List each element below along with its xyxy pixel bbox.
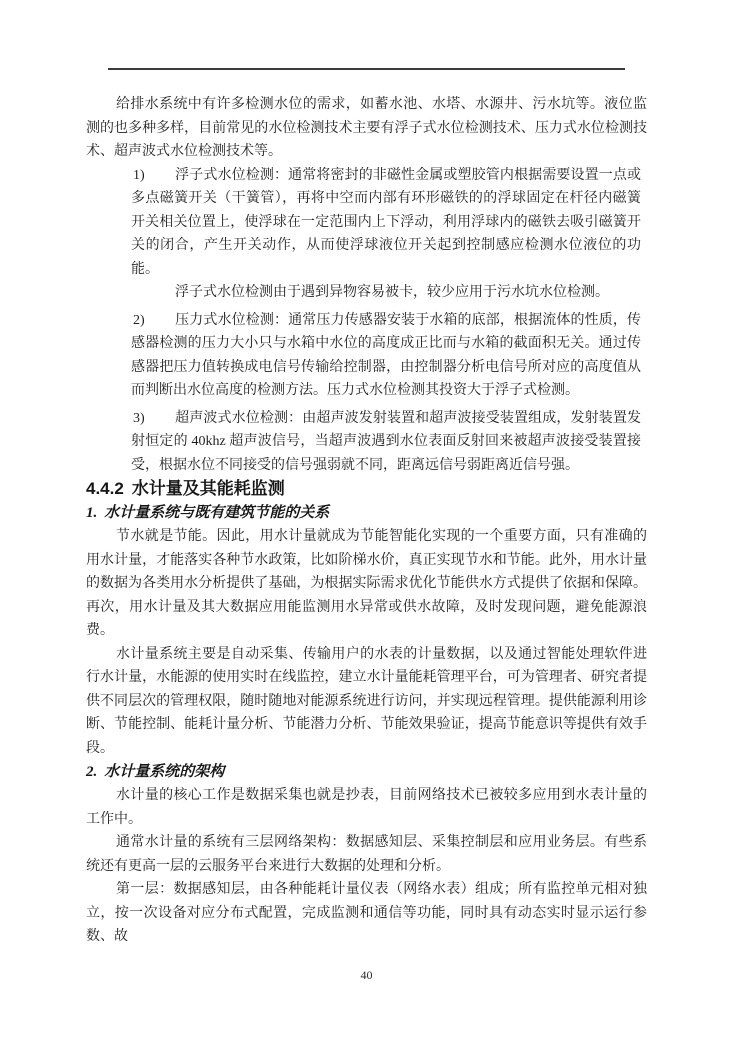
section-number: 4.4.2 [86, 479, 124, 498]
body-paragraph: 节水就是节能。因此，用水计量就成为节能智能化实现的一个重要方面，只有准确的用水计… [86, 525, 647, 643]
page-number: 40 [0, 967, 733, 983]
section-heading: 4.4.2水计量及其能耗监测 [86, 477, 647, 501]
list-item-body: 3)超声波式水位检测：由超声波发射装置和超声波接受装置组成，发射装置发射恒定的 … [131, 407, 641, 478]
list-item-note: 浮子式水位检测由于遇到异物容易被卡，较少应用于污水坑水位检测。 [131, 281, 641, 305]
page-content: 给排水系统中有许多检测水位的需求，如蓄水池、水塔、水源井、污水坑等。液位监测的也… [86, 0, 647, 949]
document-page: 给排水系统中有许多检测水位的需求，如蓄水池、水塔、水源井、污水坑等。液位监测的也… [0, 0, 733, 1037]
subsection-title: 水计量系统与既有建筑节能的关系 [104, 505, 329, 521]
list-item-number: 2) [131, 309, 175, 333]
list-item-ultrasonic-detection: 3)超声波式水位检测：由超声波发射装置和超声波接受装置组成，发射装置发射恒定的 … [131, 407, 647, 478]
subsection-number: 2. [86, 764, 97, 780]
list-item-text: 浮子式水位检测：通常将密封的非磁性金属或塑胶管内根据需要设置一点或多点磁簧开关（… [131, 168, 641, 277]
body-paragraph: 通常水计量的系统有三层网络架构：数据感知层、采集控制层和应用业务层。有些系统还有… [86, 831, 647, 878]
list-item-text: 压力式水位检测：通常压力传感器安装于水箱的底部，根据流体的性质，传感器检测的压力… [131, 313, 641, 399]
subsection-number: 1. [86, 505, 97, 521]
body-paragraph: 第一层：数据感知层，由各种能耗计量仪表（网络水表）组成；所有监控单元相对独立，按… [86, 878, 647, 949]
list-item-float-detection: 1)浮子式水位检测：通常将密封的非磁性金属或塑胶管内根据需要设置一点或多点磁簧开… [131, 164, 647, 305]
list-item-text: 超声波式水位检测：由超声波发射装置和超声波接受装置组成，发射装置发射恒定的 40… [131, 411, 641, 473]
list-item-body: 1)浮子式水位检测：通常将密封的非磁性金属或塑胶管内根据需要设置一点或多点磁簧开… [131, 164, 641, 282]
intro-paragraph: 给排水系统中有许多检测水位的需求，如蓄水池、水塔、水源井、污水坑等。液位监测的也… [86, 93, 647, 164]
subsection-2-heading: 2.水计量系统的架构 [86, 760, 647, 784]
list-item-pressure-detection: 2)压力式水位检测：通常压力传感器安装于水箱的底部，根据流体的性质，传感器检测的… [131, 309, 647, 403]
subsection-1-heading: 1.水计量系统与既有建筑节能的关系 [86, 501, 647, 525]
water-level-detection-list: 1)浮子式水位检测：通常将密封的非磁性金属或塑胶管内根据需要设置一点或多点磁簧开… [86, 164, 647, 478]
subsection-title: 水计量系统的架构 [104, 764, 224, 780]
section-title: 水计量及其能耗监测 [132, 479, 285, 498]
list-item-number: 3) [131, 407, 175, 431]
list-item-body: 2)压力式水位检测：通常压力传感器安装于水箱的底部，根据流体的性质，传感器检测的… [131, 309, 641, 403]
list-item-number: 1) [131, 164, 175, 188]
body-paragraph: 水计量的核心工作是数据采集也就是抄表，目前网络技术已被较多应用到水表计量的工作中… [86, 784, 647, 831]
body-paragraph: 水计量系统主要是自动采集、传输用户的水表的计量数据，以及通过智能处理软件进行水计… [86, 643, 647, 761]
